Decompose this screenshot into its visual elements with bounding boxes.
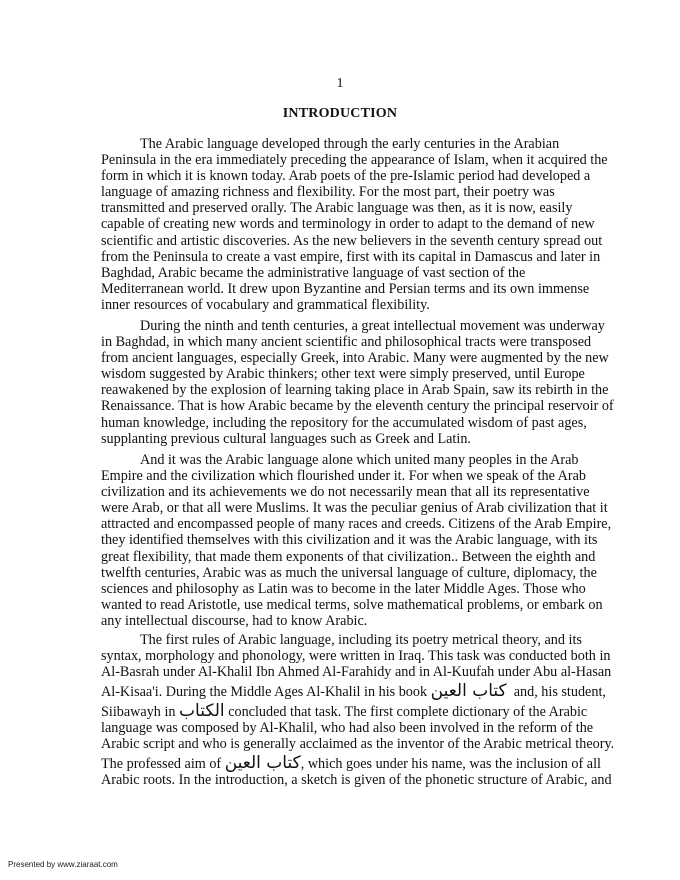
paragraph-line: in Baghdad, in which many ancient scient… bbox=[101, 334, 591, 350]
paragraph-line: twelfth centuries, Arabic was as much th… bbox=[101, 565, 591, 581]
text-segment: and, his student, bbox=[507, 684, 606, 700]
paragraph-line: from ancient languages, especially Greek… bbox=[101, 350, 591, 366]
paragraph-line-with-arabic: Siibawayh in الكتاب concluded that task.… bbox=[101, 700, 591, 720]
arabic-title-kitab-al-ayn: كتاب العين bbox=[431, 683, 507, 699]
paragraph-line: Baghdad, Arabic became the administrativ… bbox=[101, 265, 591, 281]
paragraph-line: sciences and philosophy as Latin was to … bbox=[101, 581, 591, 597]
paragraph-line: Mediterranean world. It drew upon Byzant… bbox=[101, 281, 591, 297]
paragraph-line: And it was the Arabic language alone whi… bbox=[101, 452, 591, 468]
paragraph-line-with-arabic: The professed aim of كتاب العين, which g… bbox=[101, 752, 591, 772]
paragraph-line: wanted to read Aristotle, use medical te… bbox=[101, 597, 591, 613]
paragraph-line: civilization and its achievements we do … bbox=[101, 484, 591, 500]
paragraph-line: Peninsula in the era immediately precedi… bbox=[101, 152, 591, 168]
paragraph-3: And it was the Arabic language alone whi… bbox=[101, 452, 591, 629]
text-segment: Siibawayh in bbox=[101, 704, 179, 720]
paragraph-line: scientific and artistic discoveries. As … bbox=[101, 233, 591, 249]
text-segment: , which goes under his name, was the inc… bbox=[301, 756, 601, 772]
paragraph-line: any intellectual discourse, had to know … bbox=[101, 613, 591, 629]
text-segment: The professed aim of bbox=[101, 756, 225, 772]
paragraph-line: attracted and encompassed people of many… bbox=[101, 516, 591, 532]
paragraph-line: form in which it is known today. Arab po… bbox=[101, 168, 591, 184]
footer-credit: Presented by www.ziaraat.com bbox=[8, 860, 118, 869]
document-page: 1 INTRODUCTION The Arabic language devel… bbox=[0, 0, 680, 880]
paragraph-line: reawakened by the explosion of learning … bbox=[101, 382, 591, 398]
paragraph-line: were Arab, or that all were Muslims. It … bbox=[101, 500, 591, 516]
page-title: INTRODUCTION bbox=[0, 106, 680, 122]
paragraph-line: Al-Basrah under Al-Khalil Ibn Ahmed Al-F… bbox=[101, 664, 591, 680]
paragraph-line: Renaissance. That is how Arabic became b… bbox=[101, 398, 591, 414]
paragraph-line: The Arabic language developed through th… bbox=[101, 136, 591, 152]
paragraph-line: Arabic script and who is generally accla… bbox=[101, 736, 591, 752]
paragraph-line-with-arabic: Al-Kisaa'i. During the Middle Ages Al-Kh… bbox=[101, 680, 591, 700]
text-segment: concluded that task. The first complete … bbox=[225, 704, 588, 720]
paragraph-line: they identified themselves with this civ… bbox=[101, 532, 591, 548]
paragraph-line: transmitted and preserved orally. The Ar… bbox=[101, 200, 591, 216]
paragraph-4: The first rules of Arabic language, incl… bbox=[101, 632, 591, 789]
page-number: 1 bbox=[0, 76, 680, 92]
paragraph-line: great flexibility, that made them expone… bbox=[101, 549, 591, 565]
text-segment: Al-Kisaa'i. During the Middle Ages Al-Kh… bbox=[101, 684, 431, 700]
paragraph-line: wisdom suggested by Arabic thinkers; oth… bbox=[101, 366, 591, 382]
paragraph-line: human knowledge, including the repositor… bbox=[101, 415, 591, 431]
paragraph-line: from the Peninsula to create a vast empi… bbox=[101, 249, 591, 265]
paragraph-line: The first rules of Arabic language, incl… bbox=[101, 632, 591, 648]
paragraph-line: language was composed by Al-Khalil, who … bbox=[101, 720, 591, 736]
paragraph-line: syntax, morphology and phonology, were w… bbox=[101, 648, 591, 664]
paragraph-line: Arabic roots. In the introduction, a ske… bbox=[101, 772, 591, 788]
arabic-title-kitab-al-ayn: كتاب العين bbox=[225, 755, 301, 771]
paragraph-1: The Arabic language developed through th… bbox=[101, 136, 591, 313]
paragraph-2: During the ninth and tenth centuries, a … bbox=[101, 318, 591, 447]
paragraph-line: supplanting previous cultural languages … bbox=[101, 431, 591, 447]
paragraph-line: capable of creating new words and termin… bbox=[101, 216, 591, 232]
arabic-title-al-kitab: الكتاب bbox=[179, 703, 225, 719]
paragraph-line: inner resources of vocabulary and gramma… bbox=[101, 297, 591, 313]
paragraph-line: Empire and the civilization which flouri… bbox=[101, 468, 591, 484]
paragraph-line: language of amazing richness and flexibi… bbox=[101, 184, 591, 200]
paragraph-line: During the ninth and tenth centuries, a … bbox=[101, 318, 591, 334]
